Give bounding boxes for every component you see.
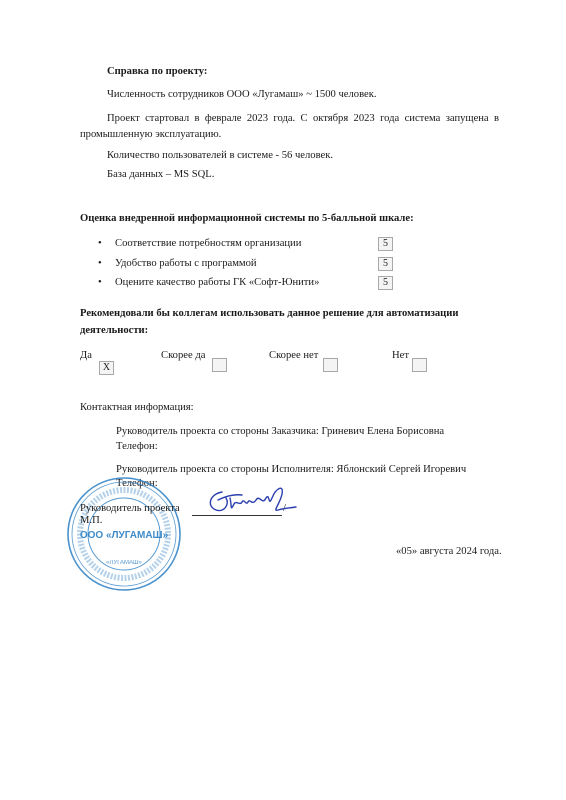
bullet-icon: • <box>98 277 102 288</box>
rating-score-field[interactable]: 5 <box>378 276 393 290</box>
project-start-cont: промышленную эксплуатацию. <box>80 129 221 140</box>
option-rather-no-checkbox[interactable] <box>323 358 338 372</box>
rating-heading: Оценка внедренной информационной системы… <box>80 213 414 224</box>
rating-item-label: Оцените качество работы ГК «Софт-Юнити» <box>115 277 319 288</box>
seal-place-label: М.П. <box>80 515 102 526</box>
company-stamp-icon: ООО «ЛУГАМАШ» «ЛУГАМАШ» <box>64 474 184 594</box>
bullet-icon: • <box>98 258 102 269</box>
option-no-label: Нет <box>392 350 409 361</box>
project-start-text: Проект стартовал в феврале 2023 года. С … <box>80 110 499 128</box>
recommend-heading-line2: деятельности: <box>80 325 148 336</box>
signature-label: Руководитель проекта <box>80 503 180 514</box>
users-count-text: Количество пользователей в системе - 56 … <box>107 150 333 161</box>
employees-text: Численность сотрудников ООО «Лугамаш» ~ … <box>107 89 377 100</box>
option-rather-yes-label: Скорее да <box>161 350 205 361</box>
rating-score-field[interactable]: 5 <box>378 257 393 271</box>
project-info-heading: Справка по проекту: <box>107 66 207 77</box>
document-date: «05» августа 2024 года. <box>396 546 502 557</box>
recommend-heading-line1: Рекомендовали бы коллегам использовать д… <box>80 308 459 319</box>
contacts-heading: Контактная информация: <box>80 402 194 413</box>
rating-item-label: Удобство работы с программой <box>115 258 257 269</box>
svg-text:«ЛУГАМАШ»: «ЛУГАМАШ» <box>106 560 142 566</box>
svg-text:ООО «ЛУГАМАШ»: ООО «ЛУГАМАШ» <box>80 530 169 541</box>
option-yes-checkbox[interactable]: X <box>99 361 114 375</box>
rating-item-label: Соответствие потребностям организации <box>115 238 301 249</box>
bullet-icon: • <box>98 238 102 249</box>
signature-icon <box>200 482 300 522</box>
database-text: База данных – MS SQL. <box>107 169 214 180</box>
option-rather-yes-checkbox[interactable] <box>212 358 227 372</box>
option-yes-label: Да <box>80 350 92 361</box>
customer-phone-label: Телефон: <box>116 441 158 452</box>
rating-score-field[interactable]: 5 <box>378 237 393 251</box>
option-no-checkbox[interactable] <box>412 358 427 372</box>
customer-lead-text: Руководитель проекта со стороны Заказчик… <box>116 426 444 437</box>
option-rather-no-label: Скорее нет <box>269 350 318 361</box>
